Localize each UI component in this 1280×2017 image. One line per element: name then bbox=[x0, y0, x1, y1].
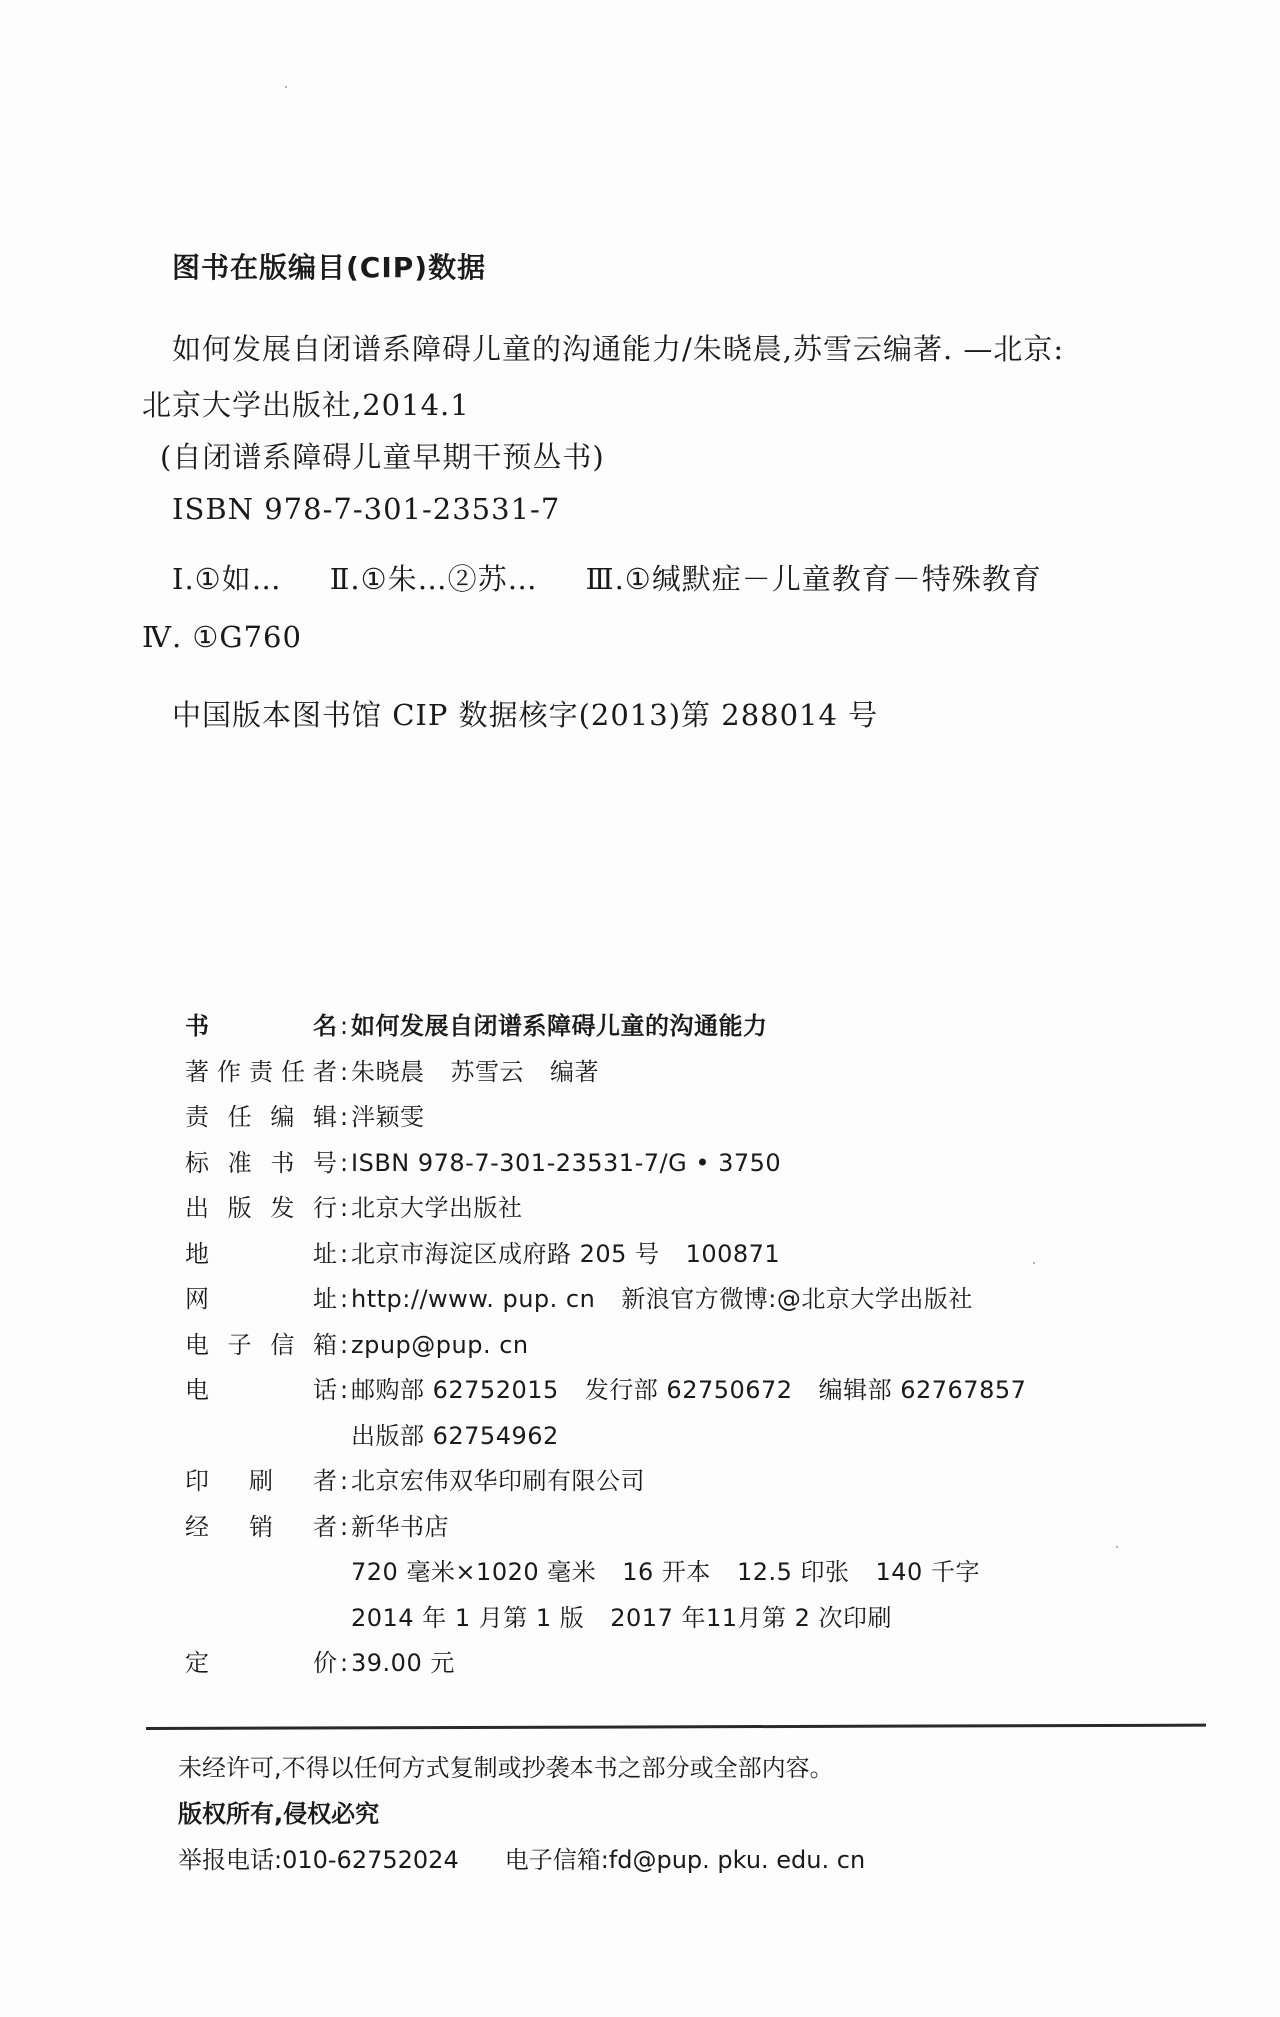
info-label: 电话 bbox=[185, 1374, 337, 1406]
info-row: 定价:39.00 元 bbox=[185, 1647, 1026, 1693]
info-label-char: 辑 bbox=[313, 1101, 337, 1133]
info-label: 印刷者 bbox=[185, 1465, 337, 1497]
info-row: 标准书号:ISBN 978-7-301-23531-7/G • 3750 bbox=[185, 1147, 1026, 1193]
scan-speck bbox=[1116, 1546, 1118, 1548]
info-label: 书名 bbox=[185, 1010, 337, 1042]
info-label-char: 号 bbox=[313, 1147, 337, 1179]
reproduction-notice: 未经许可,不得以任何方式复制或抄袭本书之部分或全部内容。 bbox=[178, 1752, 911, 1798]
cip-approval-number: 中国版本图书馆 CIP 数据核字(2013)第 288014 号 bbox=[172, 698, 878, 732]
info-colon: : bbox=[337, 1465, 351, 1497]
info-label-char: 印 bbox=[185, 1465, 209, 1497]
info-label-char: 定 bbox=[185, 1647, 209, 1679]
info-colon: : bbox=[337, 1147, 351, 1179]
info-value: 邮购部 62752015发行部 62750672编辑部 62767857 bbox=[351, 1374, 1026, 1406]
scan-speck bbox=[188, 1074, 190, 1076]
report-phone: 举报电话:010-62752024 bbox=[178, 1844, 459, 1876]
info-label: 标准书号 bbox=[185, 1147, 337, 1179]
report-contacts: 举报电话:010-62752024电子信箱:fd@pup. pku. edu. … bbox=[178, 1844, 911, 1890]
info-label: 责任编辑 bbox=[185, 1101, 337, 1133]
info-colon: : bbox=[337, 1329, 351, 1361]
info-label: 定价 bbox=[185, 1647, 337, 1679]
info-label-char: 书 bbox=[185, 1010, 209, 1042]
info-label-char: 销 bbox=[249, 1511, 273, 1543]
info-label-char: 准 bbox=[228, 1147, 252, 1179]
info-value: http://www. pup. cn新浪官方微博:@北京大学出版社 bbox=[351, 1283, 973, 1315]
info-row: 网址:http://www. pup. cn新浪官方微博:@北京大学出版社 bbox=[185, 1283, 1026, 1329]
report-email: 电子信箱:fd@pup. pku. edu. cn bbox=[505, 1844, 865, 1876]
info-value-item: 16 开本 bbox=[622, 1556, 711, 1588]
info-label-char: 著 bbox=[185, 1056, 209, 1088]
info-colon: : bbox=[337, 1056, 351, 1088]
info-row: 720 毫米×1020 毫米16 开本12.5 印张140 千字 bbox=[185, 1556, 1026, 1602]
info-colon: : bbox=[337, 1101, 351, 1133]
info-label-char: 者 bbox=[313, 1465, 337, 1497]
info-value: 北京市海淀区成府路 205 号100871 bbox=[351, 1238, 780, 1270]
cip-class-2: Ⅱ.①朱…②苏… bbox=[330, 562, 538, 596]
scan-speck bbox=[285, 86, 287, 88]
info-row: 责任编辑:泮颖雯 bbox=[185, 1101, 1026, 1147]
info-value-item: 140 千字 bbox=[876, 1556, 980, 1588]
info-row: 出版发行:北京大学出版社 bbox=[185, 1192, 1026, 1238]
info-value: zpup@pup. cn bbox=[351, 1329, 529, 1361]
info-value: 39.00 元 bbox=[351, 1647, 455, 1679]
info-label-char: 网 bbox=[185, 1283, 209, 1315]
info-value-item: 发行部 62750672 bbox=[585, 1374, 793, 1406]
cip-isbn-line: ISBN 978-7-301-23531-7 bbox=[172, 492, 560, 526]
info-value-item: 邮购部 62752015 bbox=[351, 1374, 559, 1406]
info-label: 出版发行 bbox=[185, 1192, 337, 1224]
info-row: 著作责任者:朱晓晨苏雪云编著 bbox=[185, 1056, 1026, 1102]
info-label: 地址 bbox=[185, 1238, 337, 1270]
info-label-char: 责 bbox=[249, 1056, 273, 1088]
info-label-char: 出 bbox=[185, 1192, 209, 1224]
info-row: 电话:邮购部 62752015发行部 62750672编辑部 62767857 bbox=[185, 1374, 1026, 1420]
book-info-table: 书名:如何发展自闭谱系障碍儿童的沟通能力著作责任者:朱晓晨苏雪云编著责任编辑:泮… bbox=[185, 1010, 1026, 1693]
info-colon: : bbox=[337, 1010, 351, 1042]
info-label-char: 址 bbox=[313, 1283, 337, 1315]
cip-publisher-line: 北京大学出版社,2014.1 bbox=[142, 388, 470, 422]
info-label-char: 编 bbox=[270, 1101, 294, 1133]
info-colon: : bbox=[337, 1647, 351, 1679]
info-label-char: 刷 bbox=[249, 1465, 273, 1497]
info-label-char: 行 bbox=[313, 1192, 337, 1224]
info-value: ISBN 978-7-301-23531-7/G • 3750 bbox=[351, 1147, 781, 1179]
info-row: 电子信箱:zpup@pup. cn bbox=[185, 1329, 1026, 1375]
info-value: 朱晓晨苏雪云编著 bbox=[351, 1056, 599, 1088]
info-label-char: 者 bbox=[313, 1511, 337, 1543]
info-value-item: 编辑部 62767857 bbox=[819, 1374, 1027, 1406]
info-label-char: 者 bbox=[313, 1056, 337, 1088]
info-label: 经销者 bbox=[185, 1511, 337, 1543]
info-label-char: 发 bbox=[270, 1192, 294, 1224]
info-value-item: 2017 年11月第 2 次印刷 bbox=[610, 1602, 892, 1634]
info-label: 网址 bbox=[185, 1283, 337, 1315]
info-value-item: 编著 bbox=[550, 1056, 599, 1088]
info-value-item: 北京市海淀区成府路 205 号 bbox=[351, 1238, 660, 1270]
cip-classification-line: Ⅰ.①如…Ⅱ.①朱…②苏…Ⅲ.①缄默症－儿童教育－特殊教育 bbox=[172, 562, 1042, 596]
info-colon: : bbox=[337, 1238, 351, 1270]
copyright-page: 图书在版编目(CIP)数据 如何发展自闭谱系障碍儿童的沟通能力/朱晓晨,苏雪云编… bbox=[0, 0, 1280, 2017]
info-value: 如何发展自闭谱系障碍儿童的沟通能力 bbox=[351, 1010, 768, 1042]
info-value: 新华书店 bbox=[351, 1511, 449, 1543]
info-row: 印刷者:北京宏伟双华印刷有限公司 bbox=[185, 1465, 1026, 1511]
info-value-item: 12.5 印张 bbox=[737, 1556, 850, 1588]
info-label-char: 任 bbox=[228, 1101, 252, 1133]
info-colon: : bbox=[337, 1283, 351, 1315]
info-row: 书名:如何发展自闭谱系障碍儿童的沟通能力 bbox=[185, 1010, 1026, 1056]
info-label-char: 价 bbox=[313, 1647, 337, 1679]
info-colon: : bbox=[337, 1374, 351, 1406]
info-label-char: 书 bbox=[270, 1147, 294, 1179]
info-value-item: 苏雪云 bbox=[451, 1056, 525, 1088]
info-value: 720 毫米×1020 毫米16 开本12.5 印张140 千字 bbox=[351, 1556, 980, 1588]
info-value: 泮颖雯 bbox=[351, 1101, 425, 1133]
cip-class-3: Ⅲ.①缄默症－儿童教育－特殊教育 bbox=[586, 562, 1042, 596]
info-value: 北京大学出版社 bbox=[351, 1192, 523, 1224]
info-label-char: 电 bbox=[185, 1374, 209, 1406]
info-label-char: 信 bbox=[270, 1329, 294, 1361]
info-label-char: 址 bbox=[313, 1238, 337, 1270]
info-value-item: 朱晓晨 bbox=[351, 1056, 425, 1088]
info-label-char: 箱 bbox=[313, 1329, 337, 1361]
info-label-char: 话 bbox=[313, 1374, 337, 1406]
info-value: 出版部 62754962 bbox=[351, 1420, 559, 1452]
info-value-item: 新浪官方微博:@北京大学出版社 bbox=[621, 1283, 973, 1315]
info-label-char: 标 bbox=[185, 1147, 209, 1179]
info-label: 著作责任者 bbox=[185, 1056, 337, 1088]
info-value-item: http://www. pup. cn bbox=[351, 1283, 595, 1315]
info-label-char: 作 bbox=[217, 1056, 241, 1088]
copyright-footer: 未经许可,不得以任何方式复制或抄袭本书之部分或全部内容。 版权所有,侵权必究 举… bbox=[178, 1752, 911, 1890]
info-value-item: 100871 bbox=[686, 1238, 781, 1270]
info-colon: : bbox=[337, 1192, 351, 1224]
info-value: 2014 年 1 月第 1 版2017 年11月第 2 次印刷 bbox=[351, 1602, 892, 1634]
cip-class-1: Ⅰ.①如… bbox=[172, 562, 282, 596]
info-label-char: 名 bbox=[313, 1010, 337, 1042]
info-label-char: 责 bbox=[185, 1101, 209, 1133]
horizontal-divider bbox=[146, 1724, 1206, 1730]
cip-class-4: Ⅳ. ①G760 bbox=[142, 620, 302, 654]
info-label-char: 子 bbox=[228, 1329, 252, 1361]
rights-reserved: 版权所有,侵权必究 bbox=[178, 1798, 911, 1844]
cip-series-line: (自闭谱系障碍儿童早期干预丛书) bbox=[160, 440, 605, 474]
info-row: 地址:北京市海淀区成府路 205 号100871 bbox=[185, 1238, 1026, 1284]
info-row: 2014 年 1 月第 1 版2017 年11月第 2 次印刷 bbox=[185, 1602, 1026, 1648]
cip-heading: 图书在版编目(CIP)数据 bbox=[172, 246, 486, 286]
info-row: 经销者:新华书店 bbox=[185, 1511, 1026, 1557]
info-value: 北京宏伟双华印刷有限公司 bbox=[351, 1465, 645, 1497]
info-value-item: 720 毫米×1020 毫米 bbox=[351, 1556, 596, 1588]
info-label-char: 地 bbox=[185, 1238, 209, 1270]
cip-title-line: 如何发展自闭谱系障碍儿童的沟通能力/朱晓晨,苏雪云编著. —北京: bbox=[172, 332, 1064, 366]
info-label-char: 经 bbox=[185, 1511, 209, 1543]
info-label-char: 版 bbox=[228, 1192, 252, 1224]
info-label-char: 电 bbox=[185, 1329, 209, 1361]
info-colon: : bbox=[337, 1511, 351, 1543]
info-value-item: 2014 年 1 月第 1 版 bbox=[351, 1602, 584, 1634]
info-label-char: 任 bbox=[281, 1056, 305, 1088]
info-row: 出版部 62754962 bbox=[185, 1420, 1026, 1466]
info-label: 电子信箱 bbox=[185, 1329, 337, 1361]
scan-speck bbox=[1033, 1262, 1035, 1264]
